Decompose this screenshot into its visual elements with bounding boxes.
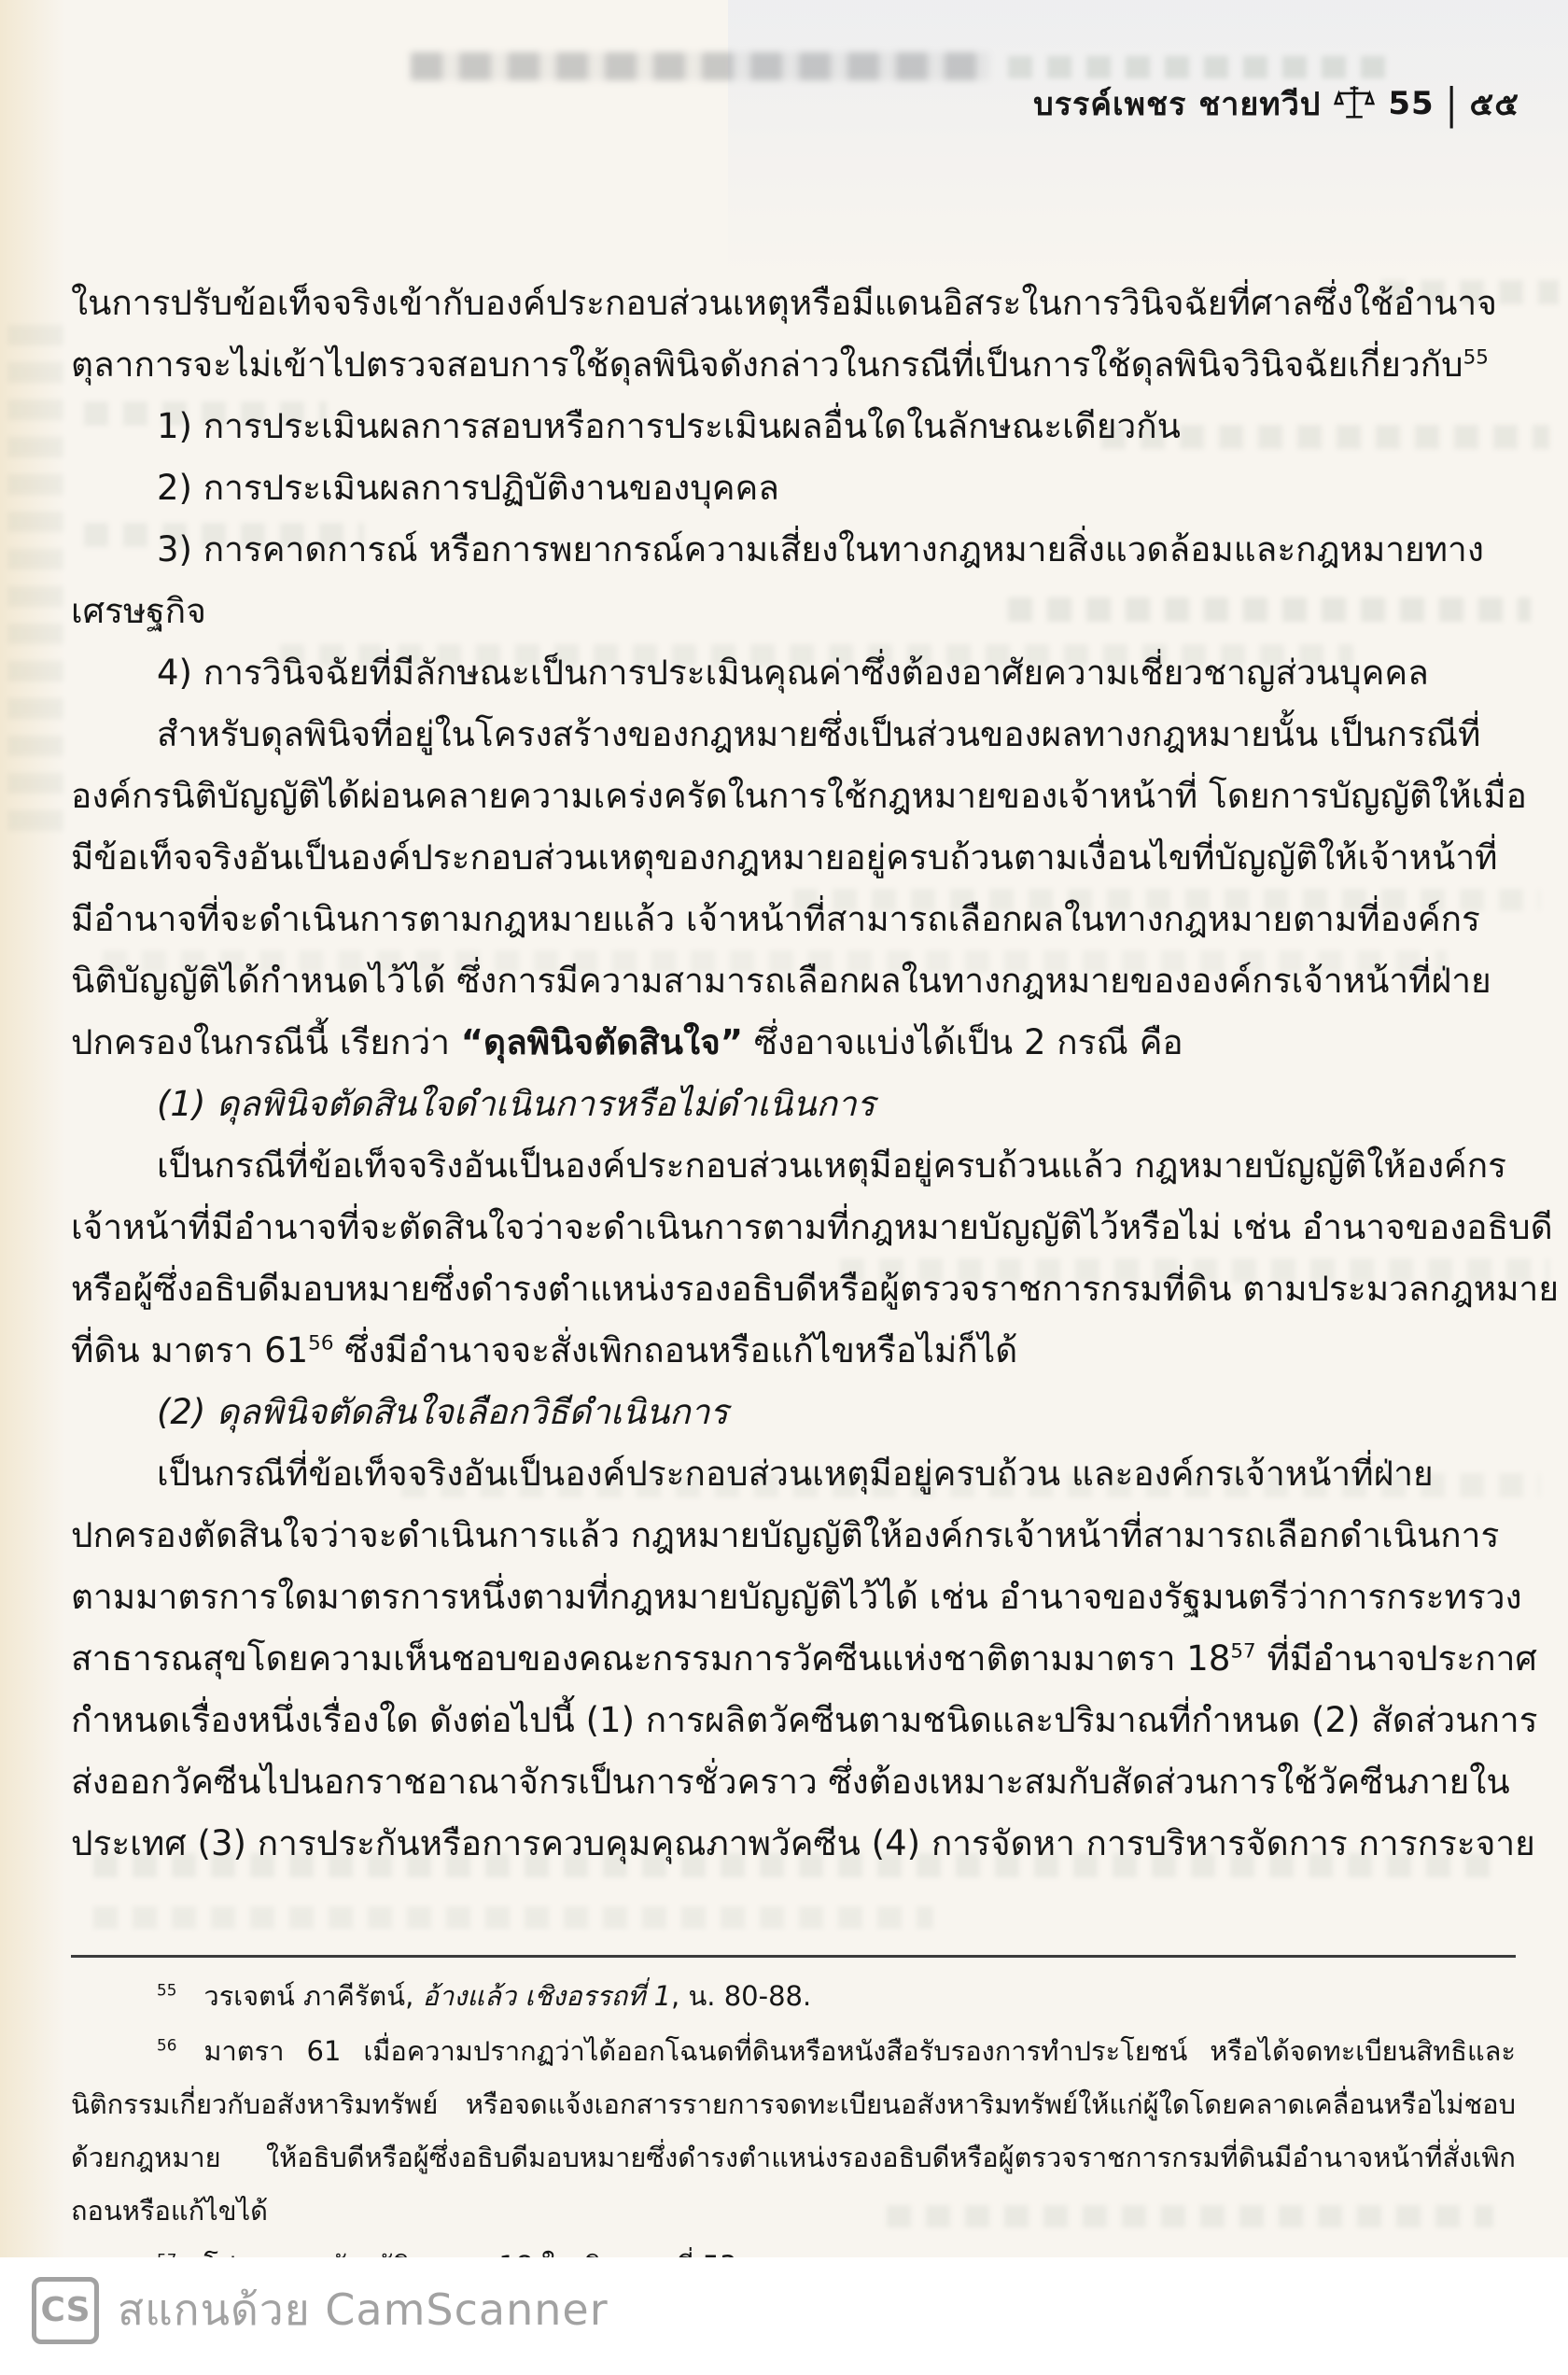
page-number: 55 | ๕๕ — [1388, 78, 1519, 129]
body-line: 3) การคาดการณ์ หรือการพยากรณ์ความเสี่ยงใ… — [71, 519, 1516, 581]
body-line: เศรษฐกิจ — [71, 581, 1516, 642]
body-line: ในการปรับข้อเท็จจริงเข้ากับองค์ประกอบส่ว… — [71, 273, 1516, 334]
body-line: ปกครองตัดสินใจว่าจะดำเนินการแล้ว กฎหมายบ… — [71, 1505, 1516, 1567]
author-name: บรรค์เพชร ชายทวีป — [1033, 78, 1321, 129]
bleed-through-ghost — [93, 1906, 933, 1929]
footnote-number: 56 — [157, 2035, 176, 2054]
scales-of-justice-icon — [1334, 83, 1375, 124]
page-body-text: ในการปรับข้อเท็จจริงเข้ากับองค์ประกอบส่ว… — [71, 273, 1516, 1875]
body-line: กำหนดเรื่องหนึ่งเรื่องใด ดังต่อไปนี้ (1)… — [71, 1690, 1516, 1751]
body-line: (1) ดุลพินิจตัดสินใจดำเนินการหรือไม่ดำเน… — [71, 1074, 1516, 1135]
body-line: ประเทศ (3) การประกันหรือการควบคุมคุณภาพว… — [71, 1813, 1516, 1875]
body-line: องค์กรนิติบัญญัติได้ผ่อนคลายความเคร่งครั… — [71, 766, 1516, 827]
body-line: 4) การวินิจฉัยที่มีลักษณะเป็นการประเมินค… — [71, 642, 1516, 704]
bleed-through-ghost — [1008, 56, 1400, 78]
page-number-divider: | — [1446, 79, 1459, 129]
camscanner-watermark-text: สแกนด้วย CamScanner — [118, 2276, 609, 2344]
body-line: (2) ดุลพินิจตัดสินใจเลือกวิธีดำเนินการ — [71, 1382, 1516, 1443]
body-line: ตามมาตรการใดมาตรการหนึ่งตามที่กฎหมายบัญญ… — [71, 1567, 1516, 1628]
body-line: เจ้าหน้าที่มีอำนาจที่จะตัดสินใจว่าจะดำเน… — [71, 1197, 1516, 1258]
bleed-through-ghost — [411, 52, 989, 80]
body-line: มีอำนาจที่จะดำเนินการตามกฎหมายแล้ว เจ้าห… — [71, 889, 1516, 950]
body-line: ตุลาการจะไม่เข้าไปตรวจสอบการใช้ดุลพินิจด… — [71, 334, 1516, 396]
camscanner-watermark: CS สแกนด้วย CamScanner — [32, 2276, 609, 2344]
body-line: หรือผู้ซึ่งอธิบดีมอบหมายซึ่งดำรงตำแหน่งร… — [71, 1258, 1516, 1320]
footnotes-section: 55 วรเจตน์ ภาคีรัตน์, อ้างแล้ว เชิงอรรถท… — [71, 1970, 1516, 2293]
footnote-56: 56 มาตรา 61 เมื่อความปรากฏว่าได้ออกโฉนดท… — [71, 2025, 1516, 2238]
body-line: สาธารณสุขโดยความเห็นชอบของคณะกรรมการวัคซ… — [71, 1628, 1516, 1690]
body-line: เป็นกรณีที่ข้อเท็จจริงอันเป็นองค์ประกอบส… — [71, 1135, 1516, 1197]
body-line: 1) การประเมินผลการสอบหรือการประเมินผลอื่… — [71, 396, 1516, 457]
page-number-thai: ๕๕ — [1470, 78, 1519, 129]
body-line: ส่งออกวัคซีนไปนอกราชอาณาจักรเป็นการชั่วค… — [71, 1751, 1516, 1813]
camscanner-logo-icon: CS — [32, 2277, 99, 2344]
scan-tint — [728, 0, 1568, 280]
body-line: นิติบัญญัติได้กำหนดไว้ได้ ซึ่งการมีความส… — [71, 950, 1516, 1012]
body-line: เป็นกรณีที่ข้อเท็จจริงอันเป็นองค์ประกอบส… — [71, 1443, 1516, 1505]
body-line: ปกครองในกรณีนี้ เรียกว่า “ดุลพินิจตัดสิน… — [71, 1012, 1516, 1074]
body-line: ที่ดิน มาตรา 6156 ซึ่งมีอำนาจจะสั่งเพิกถ… — [71, 1320, 1516, 1382]
bleed-through-ghost — [7, 308, 63, 831]
page-number-arabic: 55 — [1388, 85, 1434, 122]
page-header: บรรค์เพชร ชายทวีป 55 | ๕๕ — [1033, 78, 1519, 129]
footnote-separator — [71, 1955, 1516, 1958]
body-line: สำหรับดุลพินิจที่อยู่ในโครงสร้างของกฎหมา… — [71, 704, 1516, 766]
footnote-number: 55 — [157, 1980, 176, 1999]
body-line: มีข้อเท็จจริงอันเป็นองค์ประกอบส่วนเหตุขอ… — [71, 827, 1516, 889]
body-line: 2) การประเมินผลการปฏิบัติงานของบุคคล — [71, 457, 1516, 519]
footnote-55: 55 วรเจตน์ ภาคีรัตน์, อ้างแล้ว เชิงอรรถท… — [71, 1970, 1516, 2023]
